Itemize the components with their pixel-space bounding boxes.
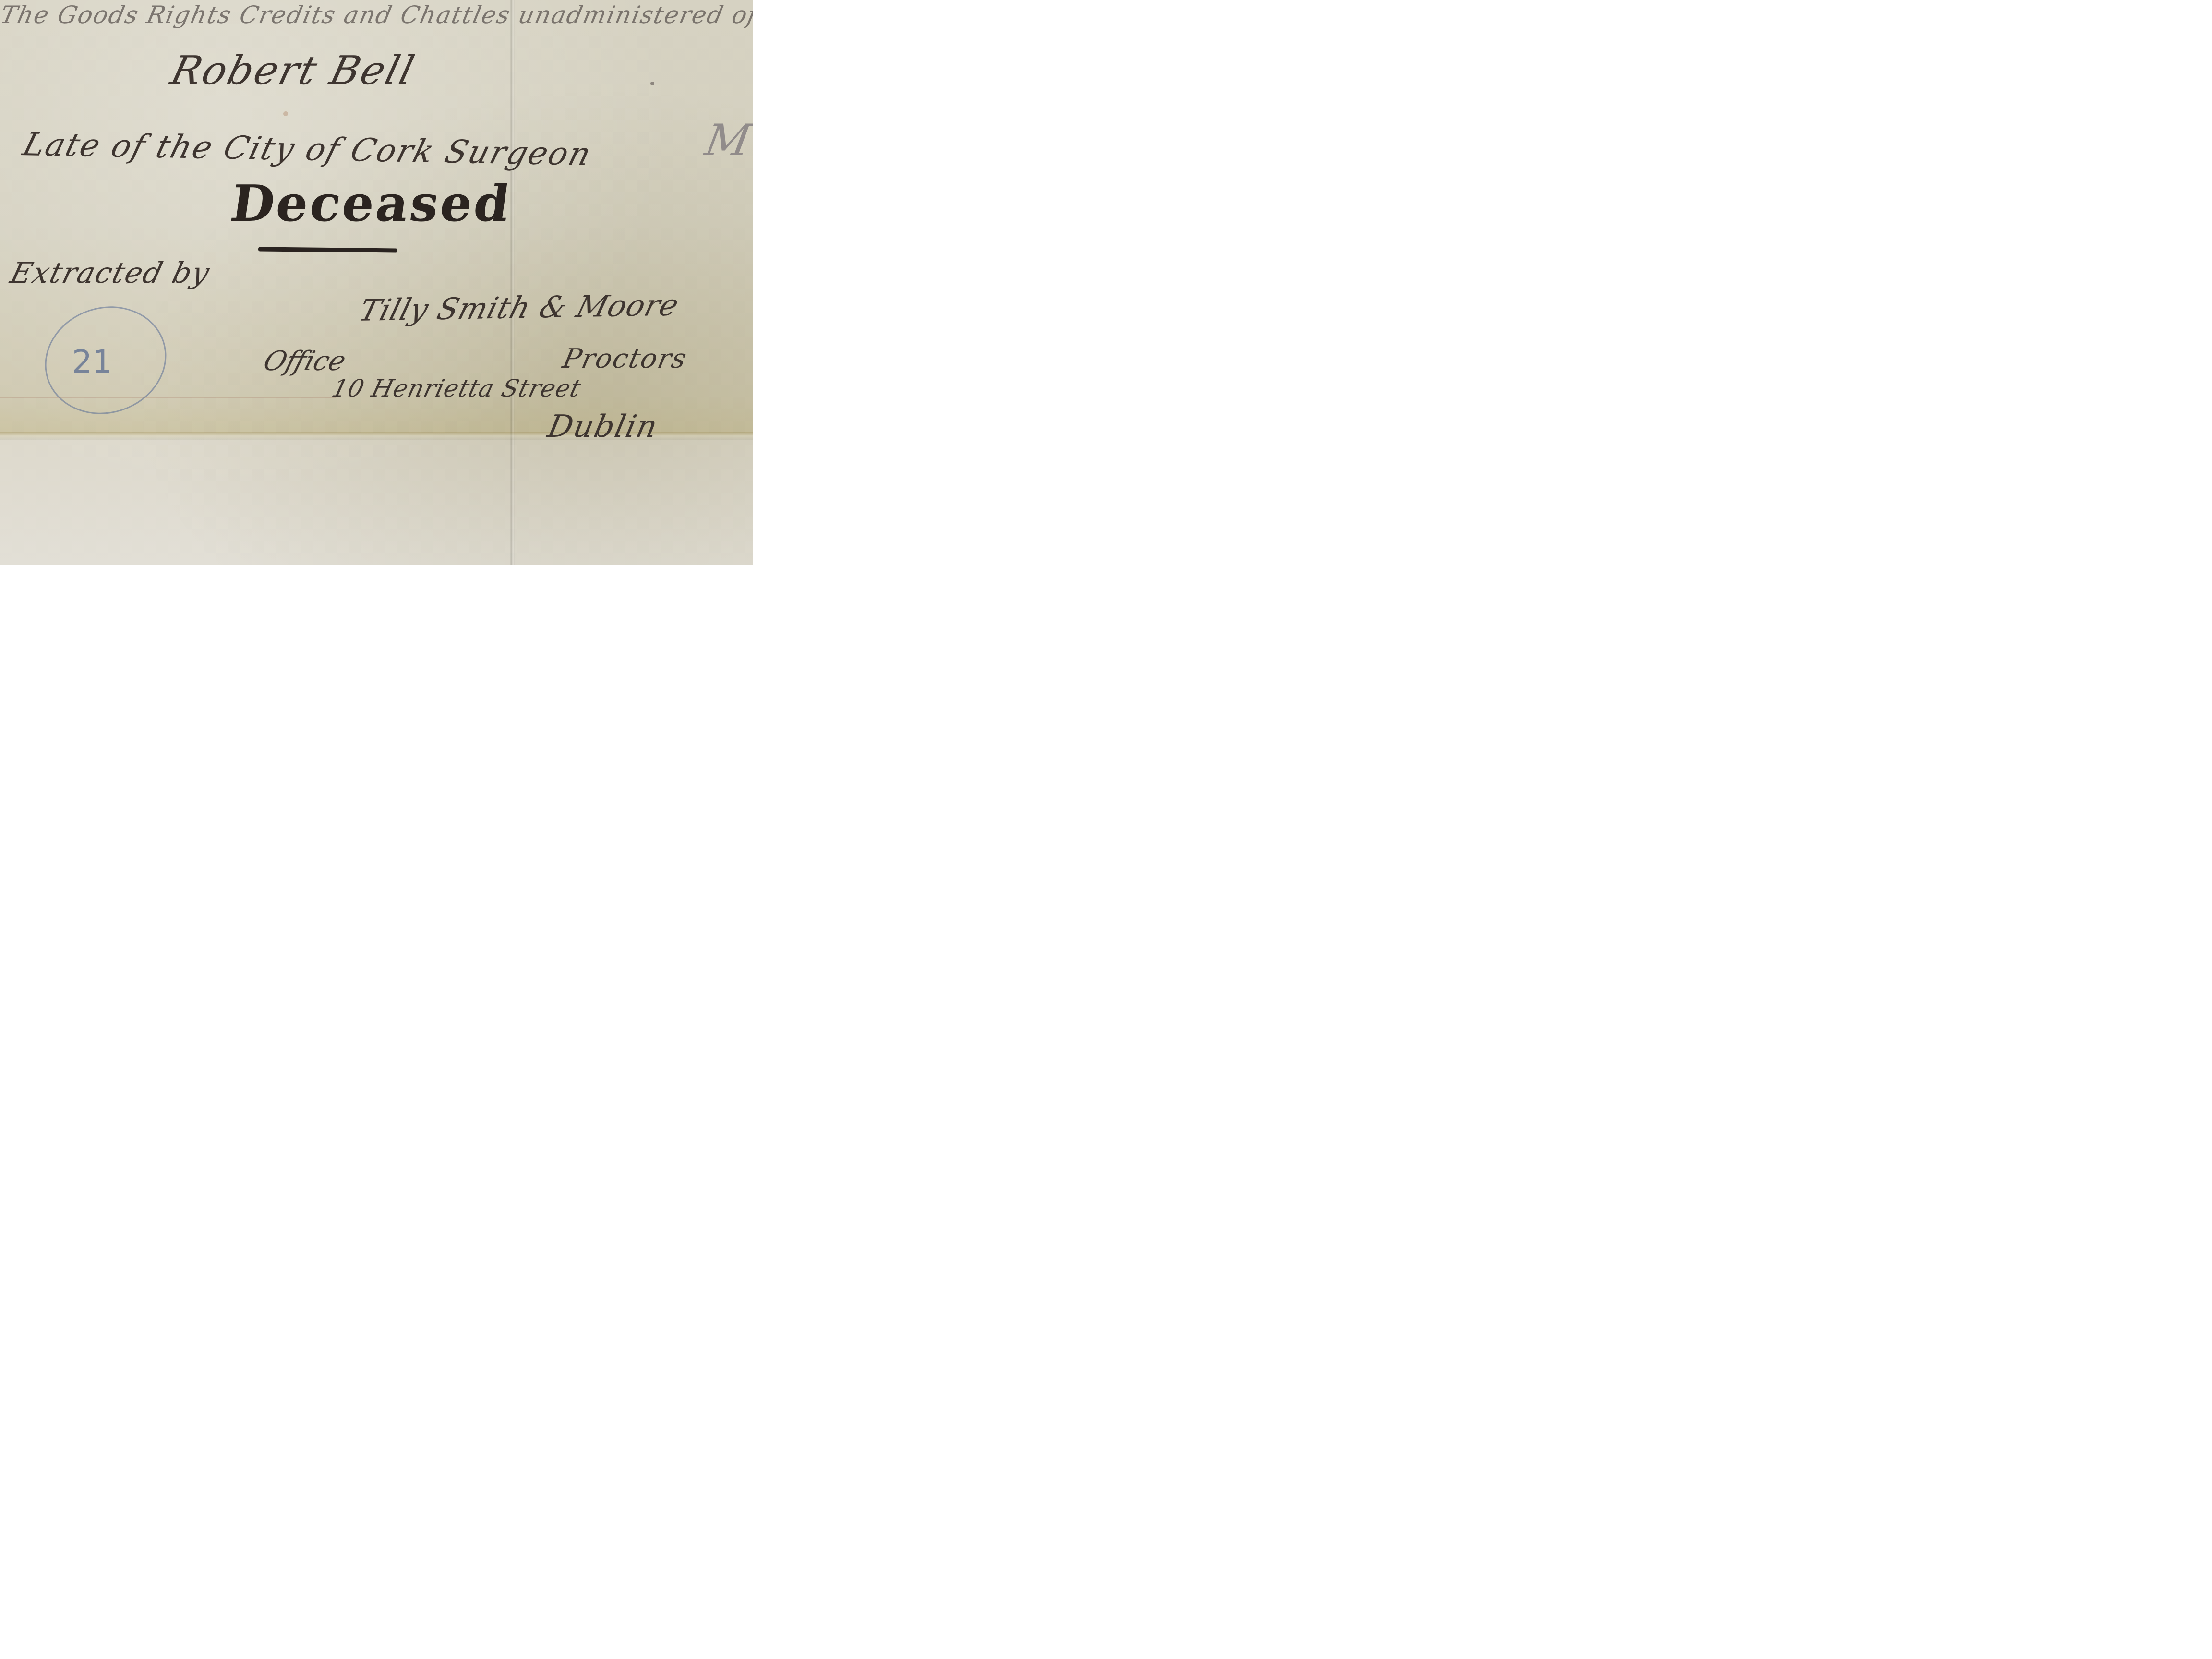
deceased-heading: Deceased xyxy=(227,174,515,233)
city-name: Dublin xyxy=(544,409,661,445)
deceased-name: Robert Bell xyxy=(166,48,420,94)
proctor-firm-name: Tilly Smith & Moore xyxy=(355,287,683,328)
extracted-by-label: Extracted by xyxy=(7,256,214,290)
stain-spot xyxy=(283,111,288,116)
circled-number: 21 xyxy=(72,343,112,380)
faint-ruled-line xyxy=(0,397,336,398)
margin-pencil-mark: M xyxy=(701,115,753,166)
ink-dot xyxy=(650,82,654,85)
vertical-fold-crease xyxy=(510,0,515,565)
header-line: The Goods Rights Credits and Chattles un… xyxy=(0,1,753,29)
street-address: 10 Henrietta Street xyxy=(329,374,584,402)
proctor-role: Proctors xyxy=(560,343,690,374)
office-label: Office xyxy=(260,346,349,377)
